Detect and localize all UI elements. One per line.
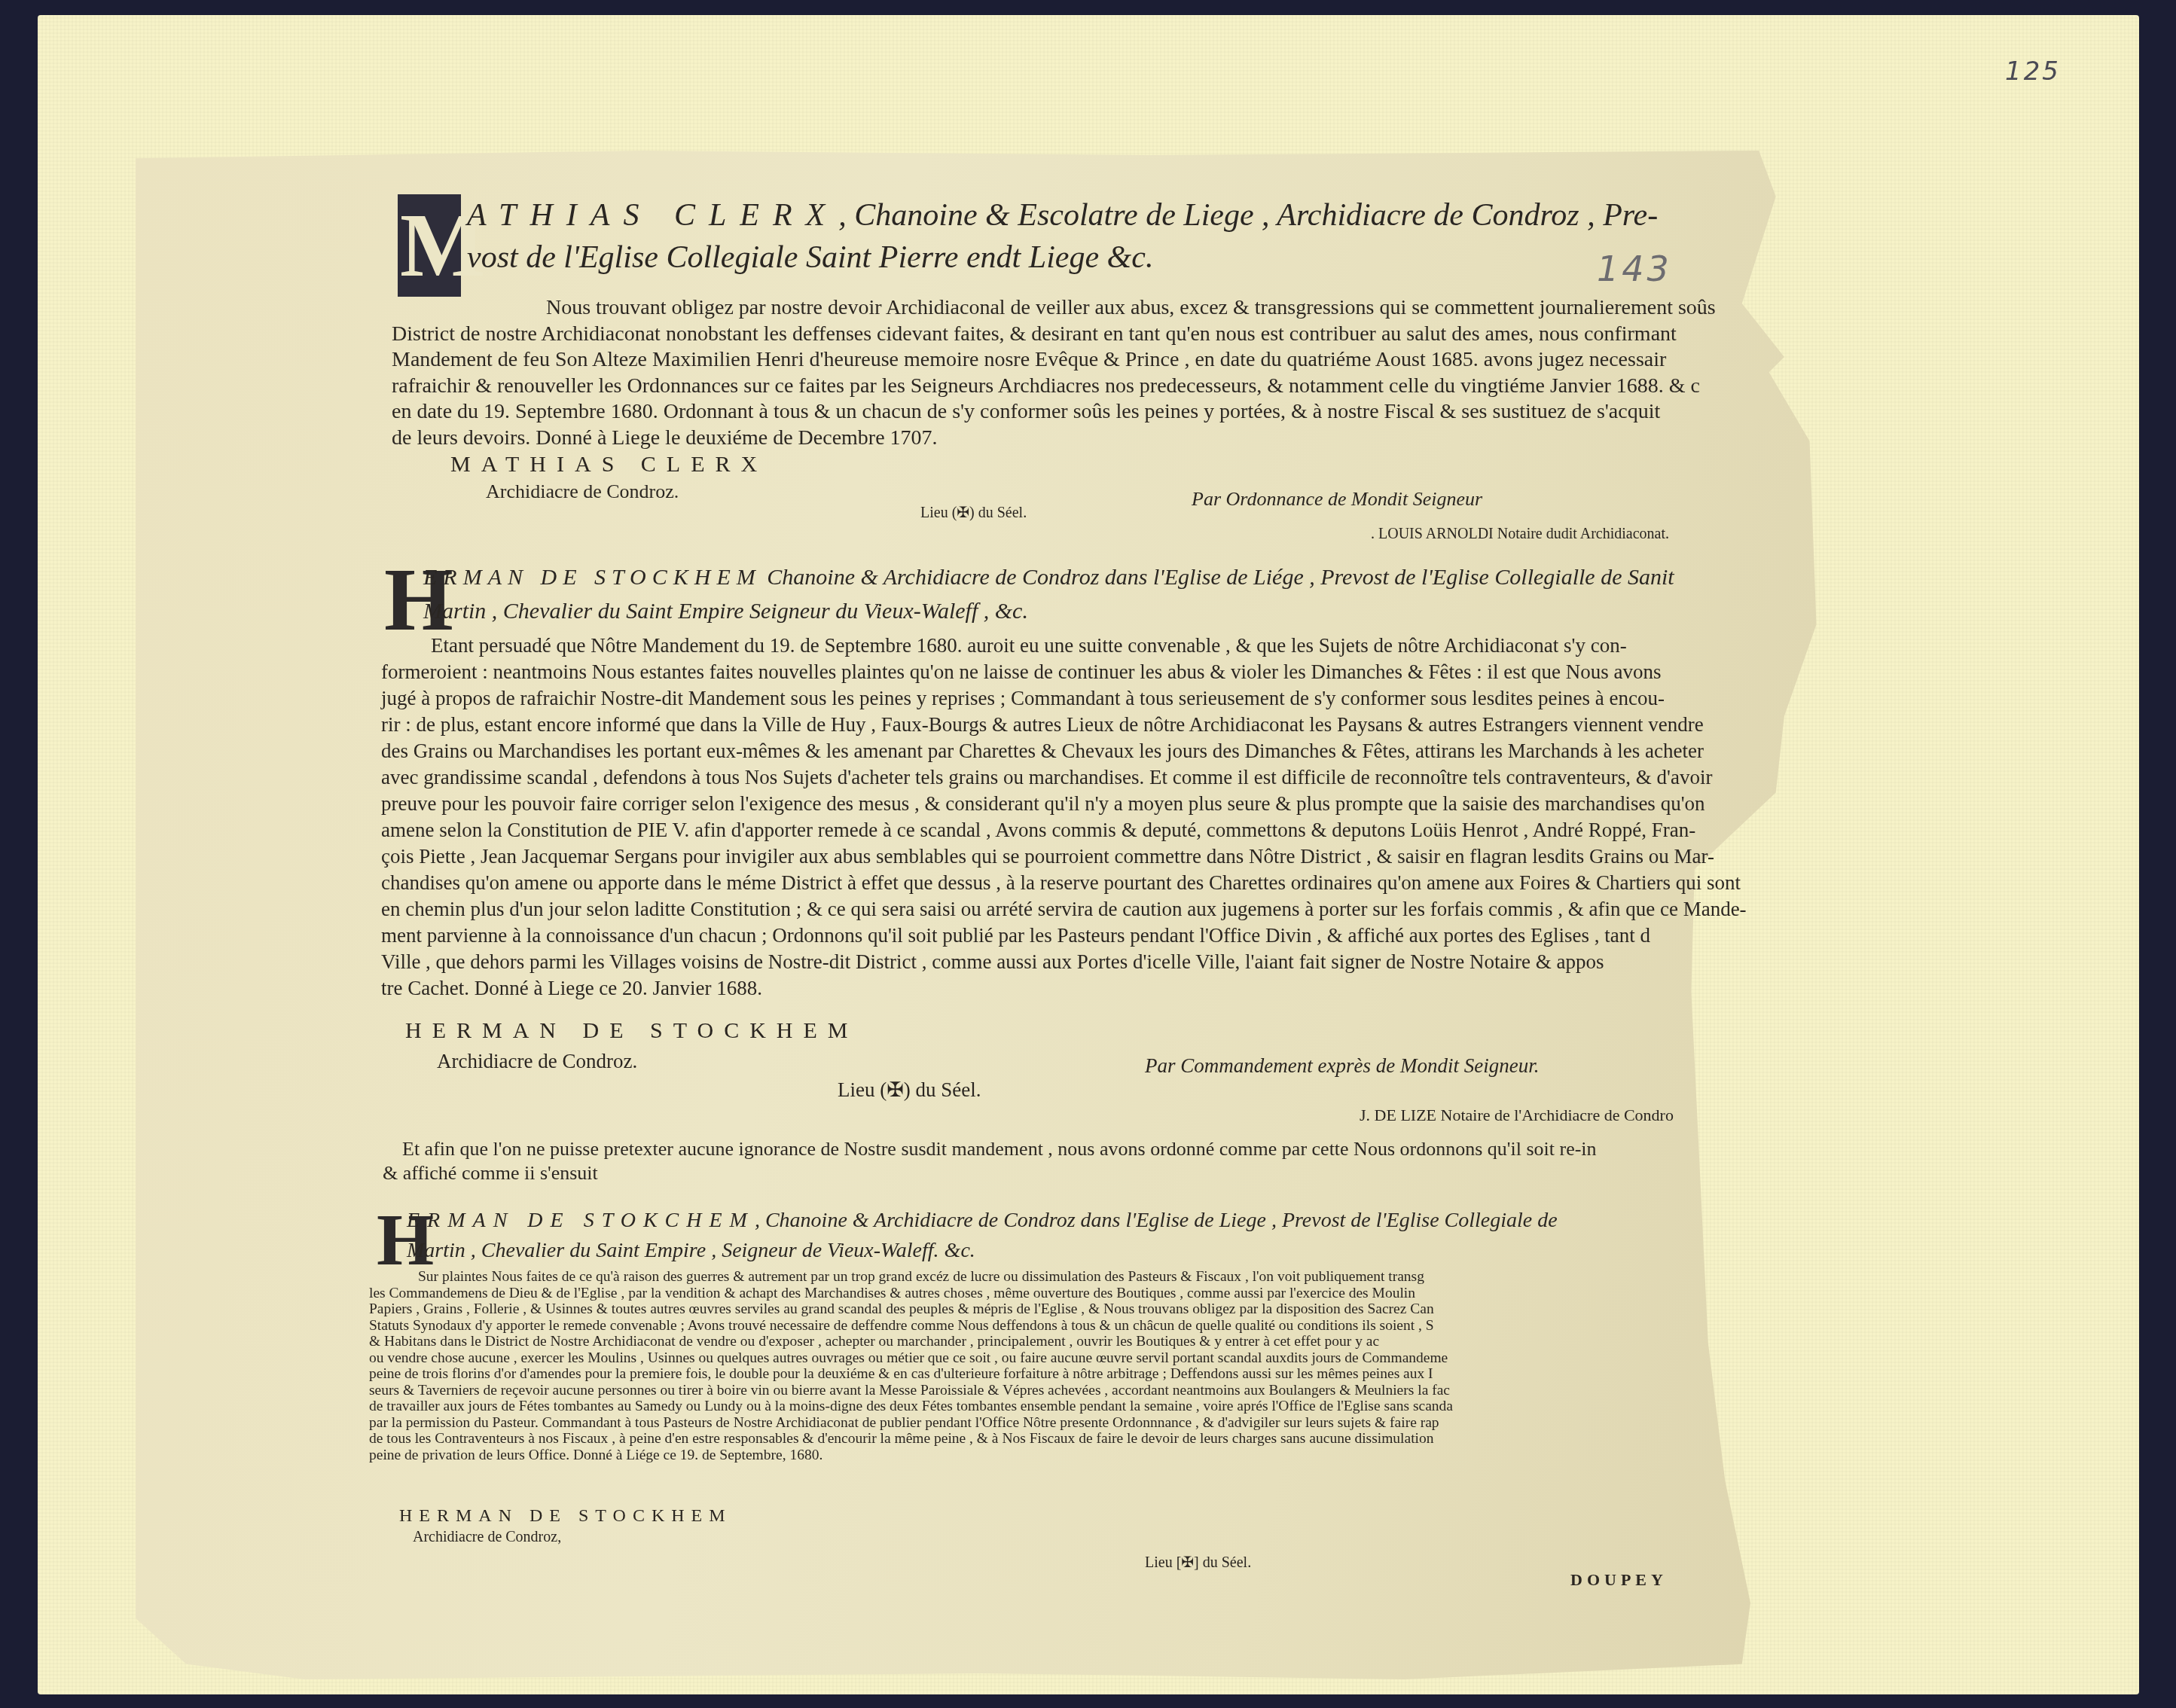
ordinance-1-title-rest: , Chanoine & Escolatre de Liege , Archid…: [838, 198, 1658, 233]
ordinance-2-title-line-1: ERMAN DE STOCKHEM Chanoine & Archidiacre…: [423, 565, 1674, 590]
ordinance-1-title-line-1: ATHIAS CLERX, Chanoine & Escolatre de Li…: [467, 197, 1658, 233]
ordinance-2-title-line-2: Martin , Chevalier du Saint Empire Seign…: [423, 599, 1028, 624]
body-line: & Habitans dans le District de Nostre Ar…: [369, 1334, 1453, 1350]
ordinance-1-body: Nous trouvant obligez par nostre devoir …: [392, 295, 1716, 451]
body-line: Nous trouvant obligez par nostre devoir …: [392, 295, 1716, 322]
body-line: District de nostre Archidiaconat nonobst…: [392, 322, 1716, 348]
body-line: preuve pour les pouvoir faire corriger s…: [381, 791, 1747, 817]
ordinance-3-title-line-2: Martin , Chevalier du Saint Empire , Sei…: [407, 1239, 975, 1263]
body-line: Statuts Synodaux d'y apporter le remede …: [369, 1318, 1453, 1334]
body-line: Ville , que dehors parmi les Villages vo…: [381, 949, 1747, 975]
ordinance-2-by-order: Par Commandement exprès de Mondit Seigne…: [1145, 1054, 1539, 1078]
body-line: rir : de plus, estant encore informé que…: [381, 712, 1747, 738]
body-line: ment parvienne à la connoissance d'un ch…: [381, 923, 1747, 949]
body-line: seurs & Taverniers de reçevoir aucune pe…: [369, 1383, 1453, 1399]
ordinance-1-by-order: Par Ordonnance de Mondit Seigneur: [1192, 488, 1482, 511]
ordinance-1-signatory-name: MATHIAS CLERX: [450, 452, 768, 477]
ordinance-2-notary: J. DE LIZE Notaire de l'Archidiacre de C…: [1360, 1106, 1674, 1125]
ordinance-2-title-rest: Chanoine & Archidiacre de Condroz dans l…: [761, 565, 1674, 590]
note-line: Et afin que l'on ne puisse pretexter auc…: [383, 1137, 1597, 1161]
ordinance-1-notary: . LOUIS ARNOLDI Notaire dudit Archidiaco…: [1371, 526, 1669, 543]
body-line: Etant persuadé que Nôtre Mandement du 19…: [381, 633, 1747, 659]
body-line: çois Piette , Jean Jacquemar Sergans pou…: [381, 843, 1747, 870]
body-line: de leurs devoirs. Donné à Liege le deuxi…: [392, 425, 1716, 452]
folio-number: 125: [2005, 56, 2061, 87]
ordinance-3-signatory-name: HERMAN DE STOCKHEM: [399, 1506, 732, 1527]
ordinance-2-body: Etant persuadé que Nôtre Mandement du 19…: [381, 633, 1747, 1002]
note-line: & affiché comme ii s'ensuit: [383, 1161, 1597, 1185]
ordinance-2-signatory-name: HERMAN DE STOCKHEM: [405, 1018, 858, 1044]
ordinance-1-title-caps: ATHIAS CLERX: [467, 198, 838, 233]
body-line: de tous les Contraventeurs à nos Fiscaux…: [369, 1431, 1453, 1447]
ordinance-2-signatory-title: Archidiacre de Condroz.: [437, 1050, 637, 1073]
pencil-annotation: 143: [1597, 249, 1672, 289]
ordinance-3-title-line-1: ERMAN DE STOKCHEM, Chanoine & Archidiacr…: [407, 1209, 1558, 1233]
ornamental-dropcap-m: M: [398, 194, 461, 297]
ordinance-2-seal-place: Lieu (✠) du Séel.: [838, 1078, 981, 1102]
body-line: amene selon la Constitution de PIE V. af…: [381, 817, 1747, 843]
ordinance-1-seal-place: Lieu (✠) du Séel.: [920, 503, 1027, 522]
ordinance-3-title-rest: , Chanoine & Archidiacre de Condroz dans…: [755, 1209, 1558, 1232]
body-line: de travailler aux jours de Fétes tombant…: [369, 1398, 1453, 1415]
body-line: avec grandissime scandal , defendons à t…: [381, 764, 1747, 791]
body-line: Mandement de feu Son Alteze Maximilien H…: [392, 347, 1716, 374]
ordinance-1-signatory-title: Archidiacre de Condroz.: [486, 480, 679, 503]
body-line: Papiers , Grains , Follerie , & Usinnes …: [369, 1301, 1453, 1318]
body-line: peine de privation de leurs Office. Donn…: [369, 1447, 1453, 1464]
body-line: ou vendre chose aucune , exercer les Mou…: [369, 1350, 1453, 1367]
body-line: tre Cachet. Donné à Liege ce 20. Janvier…: [381, 975, 1747, 1002]
ordinance-3-title-caps: ERMAN DE STOKCHEM: [407, 1209, 755, 1232]
publication-note: Et afin que l'on ne puisse pretexter auc…: [383, 1137, 1597, 1185]
body-line: Sur plaintes Nous faites de ce qu'à rais…: [369, 1269, 1453, 1286]
body-line: rafraichir & renouveller les Ordonnances…: [392, 374, 1716, 400]
body-line: les Commandemens de Dieu & de l'Eglise ,…: [369, 1286, 1453, 1302]
ordinance-3-signatory-title: Archidiacre de Condroz,: [413, 1529, 561, 1546]
body-line: chandises qu'on amene ou apporte dans le…: [381, 870, 1747, 896]
body-line: en chemin plus d'un jour selon laditte C…: [381, 896, 1747, 923]
body-line: jugé à propos de rafraichir Nostre-dit M…: [381, 685, 1747, 712]
body-line: peine de trois florins d'or d'amendes po…: [369, 1366, 1453, 1383]
body-line: formeroient : neantmoins Nous estantes f…: [381, 659, 1747, 685]
ordinance-2-title-caps: ERMAN DE STOCKHEM: [423, 565, 761, 590]
ordinance-3-body: Sur plaintes Nous faites de ce qu'à rais…: [369, 1269, 1453, 1463]
body-line: en date du 19. Septembre 1680. Ordonnant…: [392, 399, 1716, 425]
ordinance-1-title-line-2: vost de l'Eglise Collegiale Saint Pierre…: [467, 239, 1153, 276]
body-line: par la permission du Pasteur. Commandant…: [369, 1415, 1453, 1432]
body-line: des Grains ou Marchandises les portant e…: [381, 738, 1747, 764]
printer-name: DOUPEY: [1570, 1570, 1668, 1590]
ordinance-3-seal-place: Lieu [✠] du Séel.: [1145, 1553, 1251, 1572]
